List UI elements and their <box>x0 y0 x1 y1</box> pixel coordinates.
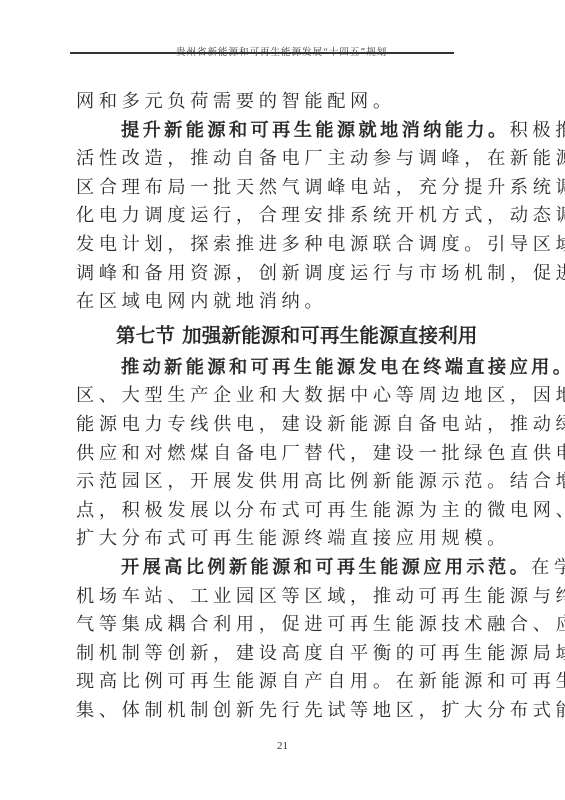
paragraph-line: 供应和对燃煤自备电厂替代，建设一批绿色直供电示范工厂和 <box>76 440 490 469</box>
paragraph-line: 机场车站、工业园区等区域，推动可再生能源与终端冷热水电 <box>76 583 490 612</box>
paragraph-line: 制机制等创新，建设高度自平衡的可再生能源局域能源网，实 <box>76 640 490 669</box>
paragraph-line: 区合理布局一批天然气调峰电站，充分提升系统调节能力。优 <box>76 174 490 203</box>
section-heading: 第七节 加强新能源和可再生能源直接利用 <box>76 317 490 354</box>
paragraph-line: 能源电力专线供电，建设新能源自备电站，推动绿色电力直接 <box>76 411 490 440</box>
paragraph-line: 集、体制机制创新先行先试等地区，扩大分布式能源接入和应 <box>76 697 490 726</box>
paragraph-text: 在学校医院、 <box>531 557 565 578</box>
paragraph-lead-bold: 提升新能源和可再生能源就地消纳能力。 <box>121 120 510 141</box>
paragraph-text: 积极推进煤电灵 <box>510 120 565 141</box>
paragraph-line: 调峰和备用资源，创新调度运行与市场机制，促进可再生能源 <box>76 260 490 289</box>
paragraph-lead-bold: 开展高比例新能源和可再生能源应用示范。 <box>121 557 531 578</box>
paragraph-line: 网和多元负荷需要的智能配网。 <box>76 88 490 117</box>
paragraph-line: 发电计划，探索推进多种电源联合调度。引导区域电网内共享 <box>76 231 490 260</box>
header-divider <box>70 52 454 54</box>
paragraph-first-line: 开展高比例新能源和可再生能源应用示范。在学校医院、 <box>76 554 490 583</box>
running-header-title: 贵州省新能源和可再生能源发展“十四五”规划 <box>176 44 387 58</box>
paragraph-line: 区、大型生产企业和大数据中心等周边地区，因地制宜开展新 <box>76 382 490 411</box>
paragraph-line: 在区域电网内就地消纳。 <box>76 288 490 317</box>
page-number: 21 <box>0 740 565 752</box>
paragraph-line: 化电力调度运行，合理安排系统开机方式，动态调整各类电源 <box>76 202 490 231</box>
paragraph-line: 现高比例可再生能源自产自用。在新能源和可再生能源资源富 <box>76 668 490 697</box>
paragraph-lead-bold: 推动新能源和可再生能源发电在终端直接应用。 <box>121 357 565 378</box>
paragraph-line: 活性改造，推动自备电厂主动参与调峰，在新能源资源富集地 <box>76 145 490 174</box>
page-body: 网和多元负荷需要的智能配网。 提升新能源和可再生能源就地消纳能力。积极推进煤电灵… <box>76 88 490 725</box>
paragraph-line: 扩大分布式可再生能源终端直接应用规模。 <box>76 525 490 554</box>
paragraph-first-line: 推动新能源和可再生能源发电在终端直接应用。在工业园 <box>76 354 490 383</box>
paragraph-line: 点，积极发展以分布式可再生能源为主的微电网、直流配电网， <box>76 497 490 526</box>
paragraph-line: 示范园区，开展发供用高比例新能源示范。结合增量配电网试 <box>76 468 490 497</box>
paragraph-first-line: 提升新能源和可再生能源就地消纳能力。积极推进煤电灵 <box>76 117 490 146</box>
paragraph-line: 气等集成耦合利用，促进可再生能源技术融合、应用方式和体 <box>76 611 490 640</box>
